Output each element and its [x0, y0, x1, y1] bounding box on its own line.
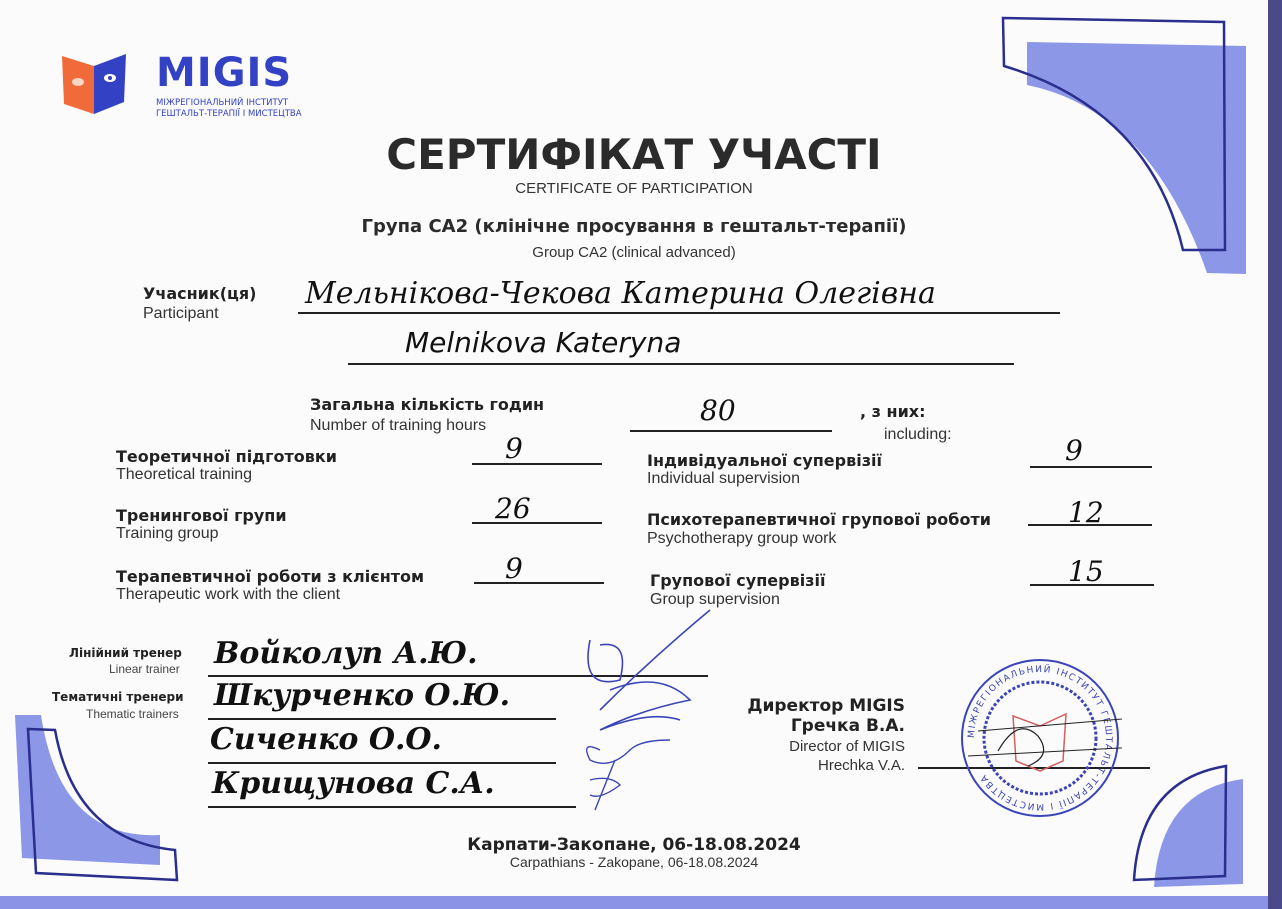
certificate-title: СЕРТИФІКАТ УЧАСТІ	[0, 130, 1268, 179]
hours-item-label: Теоретичної підготовки	[116, 447, 337, 466]
total-hours-line	[630, 430, 832, 432]
hours-item-line	[1028, 524, 1152, 526]
hours-item-line	[474, 582, 604, 584]
hours-item-label-en: Therapeutic work with the client	[116, 586, 340, 604]
group-title-en: Group CA2 (clinical advanced)	[0, 244, 1268, 261]
participant-label-en: Participant	[143, 305, 219, 323]
participant-name-en: Melnikova Kateryna	[405, 326, 681, 359]
logo-subtitle-line2: ГЕШТАЛЬТ-ТЕРАПІЇ І МИСТЕЦТВА	[156, 109, 302, 120]
stamp-text: МІЖРЕГІОНАЛЬНИЙ ІНСТИТУТ ГЕШТАЛЬТ-ТЕРАПІ…	[967, 663, 1113, 811]
hours-item-line	[472, 463, 602, 465]
director-name: Гречка В.А.	[791, 716, 905, 736]
official-stamp-icon: МІЖРЕГІОНАЛЬНИЙ ІНСТИТУТ ГЕШТАЛЬТ-ТЕРАПІ…	[958, 656, 1122, 820]
participant-line-1	[298, 312, 1060, 314]
total-hours-label: Загальна кількість годин	[310, 395, 544, 414]
footer-location: Карпати-Закопане, 06-18.08.2024	[0, 835, 1268, 855]
hours-item-line	[1030, 466, 1152, 468]
participant-line-2	[348, 363, 1014, 365]
hours-item-label-en: Psychotherapy group work	[647, 530, 836, 548]
trainer-line	[208, 718, 556, 720]
participant-name-uk: Мельнікова-Чекова Катерина Олегівна	[305, 276, 936, 311]
director-name-en: Hrechka V.A.	[818, 757, 905, 774]
trainer-name: Шкурченко О.Ю.	[214, 678, 510, 713]
hours-item-label: Індивідуальної супервізії	[647, 451, 882, 470]
participant-label: Учасник(ця)	[143, 284, 256, 303]
linear-trainer-label-en: Linear trainer	[109, 662, 180, 676]
trainer-line	[208, 806, 576, 808]
hours-item-value: 9	[1065, 434, 1083, 467]
hours-item-value: 26	[495, 492, 531, 525]
hours-item-line	[1030, 584, 1154, 586]
hours-item-label: Групової супервізії	[650, 571, 825, 590]
hours-item-label-en: Training group	[116, 525, 219, 543]
linear-trainer-label: Лінійний тренер	[69, 646, 182, 660]
thematic-trainers-label-en: Thematic trainers	[86, 707, 179, 721]
book-face-icon	[58, 48, 130, 118]
hours-item-label: Психотерапевтичної групової роботи	[647, 510, 991, 529]
hours-item-line	[472, 522, 602, 524]
thematic-trainers-label: Тематичні тренери	[52, 690, 184, 704]
trainer-line	[208, 762, 556, 764]
including-label-en: including:	[884, 426, 952, 444]
director-title-en: Director of MIGIS	[789, 738, 905, 755]
hours-item-value: 9	[505, 552, 523, 585]
group-title: Група CA2 (клінічне просування в гешталь…	[0, 216, 1268, 237]
trainer-name: Крищунова С.А.	[212, 766, 495, 801]
trainer-name: Сиченко О.О.	[210, 722, 442, 757]
total-hours-label-en: Number of training hours	[310, 417, 486, 435]
logo-name: MIGIS	[156, 50, 292, 96]
director-title: Директор MIGIS	[747, 696, 905, 716]
footer-location-en: Carpathians - Zakopane, 06-18.08.2024	[0, 854, 1268, 870]
hours-item-label: Терапевтичної роботи з клієнтом	[116, 567, 424, 586]
including-label: , з них:	[860, 402, 926, 421]
trainer-name: Войколуп А.Ю.	[214, 636, 478, 671]
hours-item-label: Тренингової групи	[116, 506, 287, 525]
total-hours-value: 80	[700, 394, 736, 427]
certificate-title-en: CERTIFICATE OF PARTICIPATION	[0, 180, 1268, 197]
trainer-signatures	[560, 600, 740, 820]
svg-text:МІЖРЕГІОНАЛЬНИЙ ІНСТИТУТ ГЕШТА: МІЖРЕГІОНАЛЬНИЙ ІНСТИТУТ ГЕШТАЛЬТ-ТЕРАПІ…	[967, 663, 1113, 811]
logo-subtitle: МІЖРЕГІОНАЛЬНИЙ ІНСТИТУТ ГЕШТАЛЬТ-ТЕРАПІ…	[156, 98, 302, 120]
logo-subtitle-line1: МІЖРЕГІОНАЛЬНИЙ ІНСТИТУТ	[156, 98, 302, 109]
hours-item-label-en: Individual supervision	[647, 470, 800, 488]
hours-item-label-en: Theoretical training	[116, 466, 252, 484]
hours-item-value: 9	[505, 432, 523, 465]
